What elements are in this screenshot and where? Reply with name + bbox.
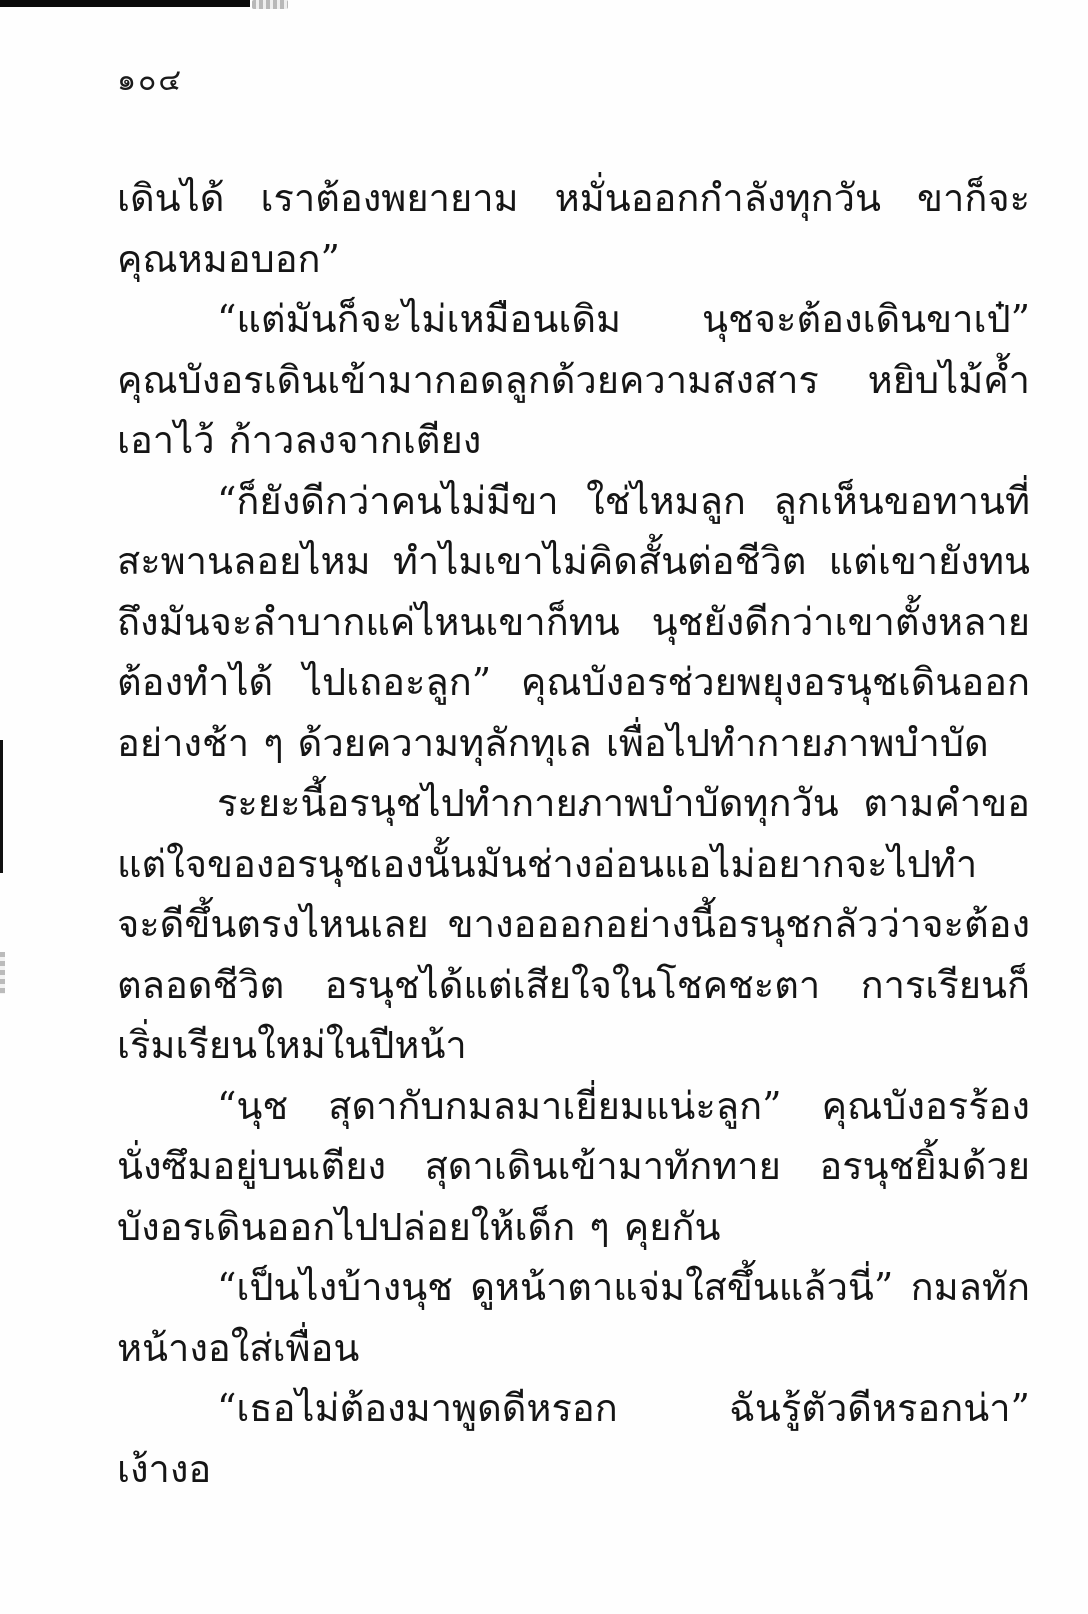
scan-artifact-left-line: [0, 740, 3, 873]
scan-artifact-top-bar: [0, 0, 250, 7]
text-line: ถึงมันจะลำบากแค่ไหนเขาก็ทน นุชยังดีกว่าเ…: [117, 592, 1030, 653]
text-line: อย่างช้า ๆ ด้วยความทุลักทุเล เพื่อไปทำกา…: [117, 713, 1030, 774]
text-line: ตลอดชีวิต อรนุชได้แต่เสียใจในโชคชะตา การ…: [117, 955, 1030, 1016]
text-line: “ก็ยังดีกว่าคนไม่มีขา ใช่ไหมลูก ลูกเห็นข…: [117, 471, 1030, 532]
paragraph: ระยะนี้อรนุชไปทำกายภาพบำบัดทุกวัน ตามคำข…: [117, 773, 1030, 1076]
text-line: “แต่มันก็จะไม่เหมือนเดิม นุชจะต้องเดินขา…: [117, 289, 1030, 350]
text-line: “เป็นไงบ้างนุช ดูหน้าตาแจ่มใสขึ้นแล้วนี่…: [117, 1257, 1030, 1318]
text-line: เริ่มเรียนใหม่ในปีหน้า: [117, 1015, 1030, 1076]
paragraph: “เป็นไงบ้างนุช ดูหน้าตาแจ่มใสขึ้นแล้วนี่…: [117, 1257, 1030, 1378]
text-line: เดินได้ เราต้องพยายาม หมั่นออกกำลังทุกวั…: [117, 168, 1030, 229]
paragraph: เดินได้ เราต้องพยายาม หมั่นออกกำลังทุกวั…: [117, 168, 1030, 289]
paragraph: “แต่มันก็จะไม่เหมือนเดิม นุชจะต้องเดินขา…: [117, 289, 1030, 471]
paragraph: “นุช สุดากับกมลมาเยี่ยมแน่ะลูก” คุณบังอร…: [117, 1076, 1030, 1258]
scan-artifact-top-smudge: [252, 0, 288, 9]
page-number: ๑๐๔: [117, 62, 183, 100]
book-page: ๑๐๔ เดินได้ เราต้องพยายาม หมั่นออกกำลังท…: [0, 0, 1088, 1614]
text-line: บังอรเดินออกไปปล่อยให้เด็ก ๆ คุยกัน: [117, 1197, 1030, 1258]
text-line: เง้างอ: [117, 1439, 1030, 1500]
text-body: เดินได้ เราต้องพยายาม หมั่นออกกำลังทุกวั…: [117, 168, 1030, 1499]
text-line: “เธอไม่ต้องมาพูดดีหรอก ฉันรู้ตัวดีหรอกน่…: [117, 1378, 1030, 1439]
text-line: “นุช สุดากับกมลมาเยี่ยมแน่ะลูก” คุณบังอร…: [117, 1076, 1030, 1137]
scan-artifact-left-smudge: [0, 952, 5, 994]
paragraph: “ก็ยังดีกว่าคนไม่มีขา ใช่ไหมลูก ลูกเห็นข…: [117, 471, 1030, 774]
text-line: หน้างอใส่เพื่อน: [117, 1318, 1030, 1379]
text-line: คุณหมอบอก”: [117, 229, 1030, 290]
paragraph: “เธอไม่ต้องมาพูดดีหรอก ฉันรู้ตัวดีหรอกน่…: [117, 1378, 1030, 1499]
text-line: จะดีขึ้นตรงไหนเลย ขางอออกอย่างนี้อรนุชกล…: [117, 894, 1030, 955]
text-line: คุณบังอรเดินเข้ามากอดลูกด้วยความสงสาร หย…: [117, 350, 1030, 411]
text-line: สะพานลอยไหม ทำไมเขาไม่คิดสั้นต่อชีวิต แต…: [117, 531, 1030, 592]
text-line: แต่ใจของอรนุชเองนั้นมันช่างอ่อนแอไม่อยาก…: [117, 834, 1030, 895]
text-line: ต้องทำได้ ไปเถอะลูก” คุณบังอรช่วยพยุงอรน…: [117, 652, 1030, 713]
text-line: เอาไว้ ก้าวลงจากเตียง: [117, 410, 1030, 471]
text-line: นั่งซึมอยู่บนเตียง สุดาเดินเข้ามาทักทาย …: [117, 1136, 1030, 1197]
text-line: ระยะนี้อรนุชไปทำกายภาพบำบัดทุกวัน ตามคำข…: [117, 773, 1030, 834]
